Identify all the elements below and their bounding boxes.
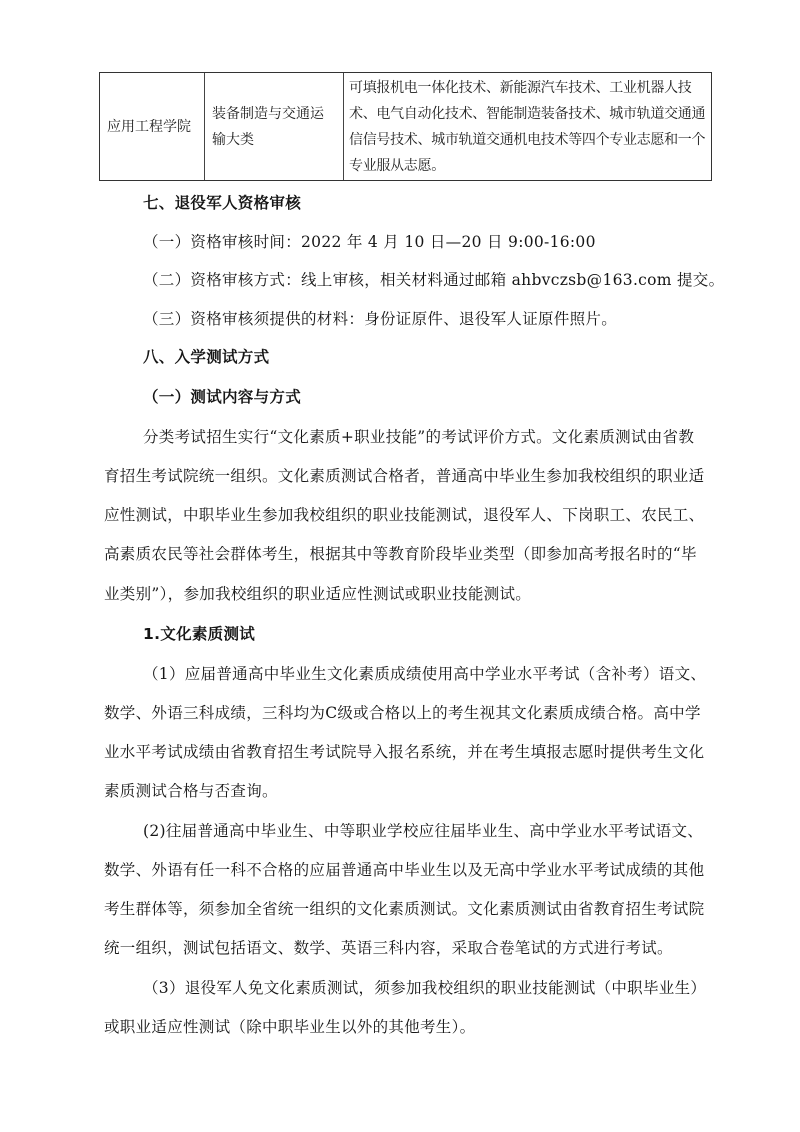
section-7-heading: 七、退役军人资格审核 bbox=[143, 193, 743, 213]
paragraph-1-line: （1）应届普通高中毕业生文化素质成绩使用高中学业水平考试（含补考）语文、 bbox=[143, 664, 743, 684]
table-cell-category: 装备制造与交通运输大类 bbox=[205, 73, 344, 180]
paragraph-2-line: (2)往届普通高中毕业生、中等职业学校应往届毕业生、高中学业水平考试语文、 bbox=[143, 821, 743, 841]
document-page: 应用工程学院 装备制造与交通运输大类 可填报机电一体化技术、新能源汽车技术、工业… bbox=[0, 0, 800, 1132]
major-category: 装备制造与交通运输大类 bbox=[212, 101, 337, 153]
paragraph-3-line: 或职业适应性测试（除中职毕业生以外的其他考生）。 bbox=[104, 1017, 704, 1037]
paragraph-3-line: （3）退役军人免文化素质测试，须参加我校组织的职业技能测试（中职毕业生） bbox=[143, 978, 743, 998]
section-8-subheading: （一）测试内容与方式 bbox=[143, 387, 743, 407]
intro-line: 业类别”），参加我校组织的职业适应性测试或职业技能测试。 bbox=[104, 584, 704, 604]
intro-line: 育招生考试院统一组织。文化素质测试合格者，普通高中毕业生参加我校组织的职业适 bbox=[104, 466, 704, 486]
intro-line: 应性测试，中职毕业生参加我校组织的职业技能测试，退役军人、下岗职工、农民工、 bbox=[104, 505, 704, 525]
section-7-item-2: （二）资格审核方式：线上审核，相关材料通过邮箱 ahbvczsb@163.com… bbox=[143, 270, 743, 290]
majors-description: 可填报机电一体化技术、新能源汽车技术、工业机器人技术、电气自动化技术、智能制造装… bbox=[349, 75, 707, 179]
section-7-item-3: （三）资格审核须提供的材料：身份证原件、退役军人证原件照片。 bbox=[143, 309, 743, 329]
paragraph-1-line: 业水平考试成绩由省教育招生考试院导入报名系统，并在考生填报志愿时提供考生文化 bbox=[104, 742, 704, 762]
paragraph-2-line: 统一组织，测试包括语文、数学、英语三科内容，采取合卷笔试的方式进行考试。 bbox=[104, 938, 704, 958]
subsection-1-heading: 1.文化素质测试 bbox=[143, 624, 743, 644]
table-cell-majors: 可填报机电一体化技术、新能源汽车技术、工业机器人技术、电气自动化技术、智能制造装… bbox=[344, 73, 711, 180]
paragraph-1-line: 数学、外语三科成绩，三科均为C级或合格以上的考生视其文化素质成绩合格。高中学 bbox=[104, 703, 704, 723]
intro-line: 分类考试招生实行“文化素质+职业技能”的考试评价方式。文化素质测试由省教 bbox=[143, 427, 743, 447]
section-8-heading: 八、入学测试方式 bbox=[143, 347, 743, 367]
paragraph-1-line: 素质测试合格与否查询。 bbox=[104, 781, 704, 801]
section-7-item-1: （一）资格审核时间：2022 年 4 月 10 日—20 日 9:00-16:0… bbox=[143, 232, 743, 252]
paragraph-2-line: 数学、外语有任一科不合格的应届普通高中毕业生以及无高中学业水平考试成绩的其他 bbox=[104, 860, 704, 880]
paragraph-2-line: 考生群体等，须参加全省统一组织的文化素质测试。文化素质测试由省教育招生考试院 bbox=[104, 899, 704, 919]
intro-line: 高素质农民等社会群体考生，根据其中等教育阶段毕业类型（即参加高考报名时的“毕 bbox=[104, 544, 704, 564]
majors-table: 应用工程学院 装备制造与交通运输大类 可填报机电一体化技术、新能源汽车技术、工业… bbox=[99, 72, 712, 181]
table-cell-college: 应用工程学院 bbox=[100, 73, 205, 180]
college-name: 应用工程学院 bbox=[107, 114, 191, 140]
